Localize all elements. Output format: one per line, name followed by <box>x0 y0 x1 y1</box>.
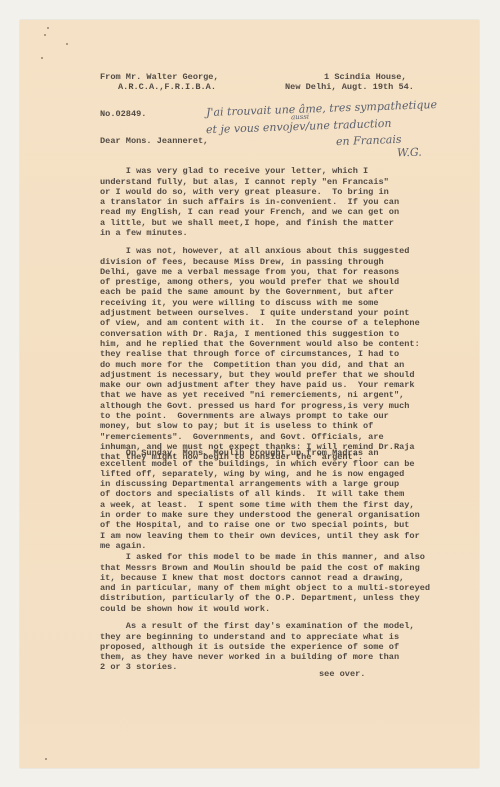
text-line: proposed, although it is outside the exp… <box>100 642 415 652</box>
text-line: understand fully, but alas, I cannot rep… <box>100 177 399 187</box>
text-line: them, as they have never worked in a bui… <box>100 652 415 662</box>
text-line: read my English, I can read your French,… <box>100 207 399 217</box>
text-line: it, because I knew that most doctors can… <box>100 573 430 583</box>
text-line: in discussing Departmental arrangements … <box>100 479 420 489</box>
text-line: I asked for this model to be made in thi… <box>100 552 430 562</box>
text-line: adjustment between ourselves. I quite un… <box>100 308 420 318</box>
text-line: lifted off, separately, wing by wing, an… <box>100 469 420 479</box>
paper-speck <box>66 43 68 45</box>
text-line: On Sunday, Mons. Moulin brought up from … <box>100 448 420 458</box>
sender-credentials: A.R.C.A.,F.R.I.B.A. <box>118 82 216 92</box>
text-line: conversation with Dr. Raja, I mentioned … <box>100 329 420 339</box>
text-line: I was very glad to receive your letter, … <box>100 166 399 176</box>
address-date-line: New Delhi, Augt. 19th 54. <box>285 82 414 92</box>
address-line-1: 1 Scindia House, <box>324 72 407 82</box>
paper-speck <box>41 57 43 59</box>
text-line: they realise that through force of circu… <box>100 349 420 359</box>
text-line: and in particular, many of them might ob… <box>100 583 430 593</box>
text-line: although the Govt. pressed us hard for p… <box>100 401 420 411</box>
text-line: 2 or 3 stories. <box>100 662 415 672</box>
see-over-note: see over. <box>319 669 365 679</box>
sender-name: From Mr. Walter George, <box>100 72 219 82</box>
text-line: in order to make sure they understood th… <box>100 510 420 520</box>
reference-number: No.02849. <box>100 109 146 119</box>
text-line: each be paid the same amount by the Gove… <box>100 287 420 297</box>
text-line: receiving it, you were willing to discus… <box>100 298 420 308</box>
text-line: they are beginning to understand and to … <box>100 632 415 642</box>
text-line: that Messrs Brown and Moulin should be p… <box>100 563 430 573</box>
salutation: Dear Mons. Jeanneret, <box>100 136 208 146</box>
text-line: of doctors and specialists of all kinds.… <box>100 489 420 499</box>
text-line: that we have as yet received "ni remerci… <box>100 390 420 400</box>
text-line: or I would do so, with very great pleasu… <box>100 187 399 197</box>
text-line: to the point. Governments are always pro… <box>100 411 420 421</box>
text-line: of view, and am content with it. In the … <box>100 318 420 328</box>
text-line: a little, but we shall meet,I hope, and … <box>100 218 399 228</box>
paragraph-1: I was very glad to receive your letter, … <box>100 156 399 249</box>
text-line: him, and he replied that the Government … <box>100 339 420 349</box>
text-line: a translator in such affairs is in-conve… <box>100 197 399 207</box>
text-line: division of fees, because Miss Drew, in … <box>100 257 420 267</box>
text-line: I was not, however, at all anxious about… <box>100 246 420 256</box>
paper-speck <box>45 758 47 760</box>
text-line: excellent model of the buildings, in whi… <box>100 459 420 469</box>
text-line: As a result of the first day's examinati… <box>100 621 415 631</box>
text-line: of the Hospital, and to raise one or two… <box>100 520 420 530</box>
handwritten-line-3: en Francais <box>336 133 402 148</box>
text-line: distribution, particularly of the O.P. D… <box>100 593 430 603</box>
text-line: make our own adjustment after they have … <box>100 380 420 390</box>
paragraph-5: As a result of the first day's examinati… <box>100 611 415 683</box>
text-line: do much more for the Competition than yo… <box>100 360 420 370</box>
text-line: I am now leaving them to their own devic… <box>100 531 420 541</box>
text-line: money, but slow to pay; but it is useles… <box>100 421 420 431</box>
handwritten-initials: W.G. <box>397 146 422 160</box>
text-line: a week, at least. I spent some time with… <box>100 500 420 510</box>
text-line: of prestige, among others, you would pre… <box>100 277 420 287</box>
text-line: adjustment is necessary, but they would … <box>100 370 420 380</box>
paper-speck <box>47 27 49 29</box>
text-line: Delhi, gave me a verbal message from you… <box>100 267 420 277</box>
paper-speck <box>44 34 46 36</box>
